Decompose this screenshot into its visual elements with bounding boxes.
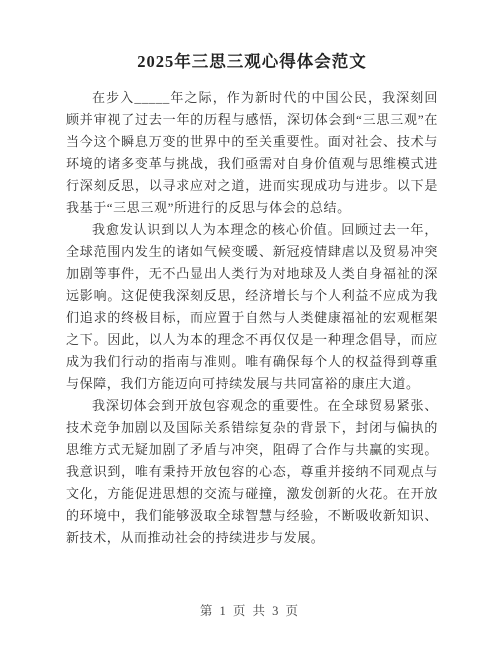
paragraph-open-inclusive: 我深切体会到开放包容观念的重要性。在全球贸易紧张、技术竞争加剧以及国际关系错综复… (66, 395, 438, 549)
document-page: 2025年三思三观心得体会范文 在步入_____年之际，作为新时代的中国公民，我… (0, 0, 500, 647)
page-number-footer: 第 1 页 共 3 页 (0, 601, 500, 619)
paragraph-intro: 在步入_____年之际，作为新时代的中国公民，我深刻回顾并审视了过去一年的历程与… (66, 87, 438, 219)
paragraph-people-first: 我愈发认识到以人为本理念的核心价值。回顾过去一年，全球范围内发生的诸如气候变暖、… (66, 219, 438, 395)
document-title: 2025年三思三观心得体会范文 (66, 50, 438, 74)
